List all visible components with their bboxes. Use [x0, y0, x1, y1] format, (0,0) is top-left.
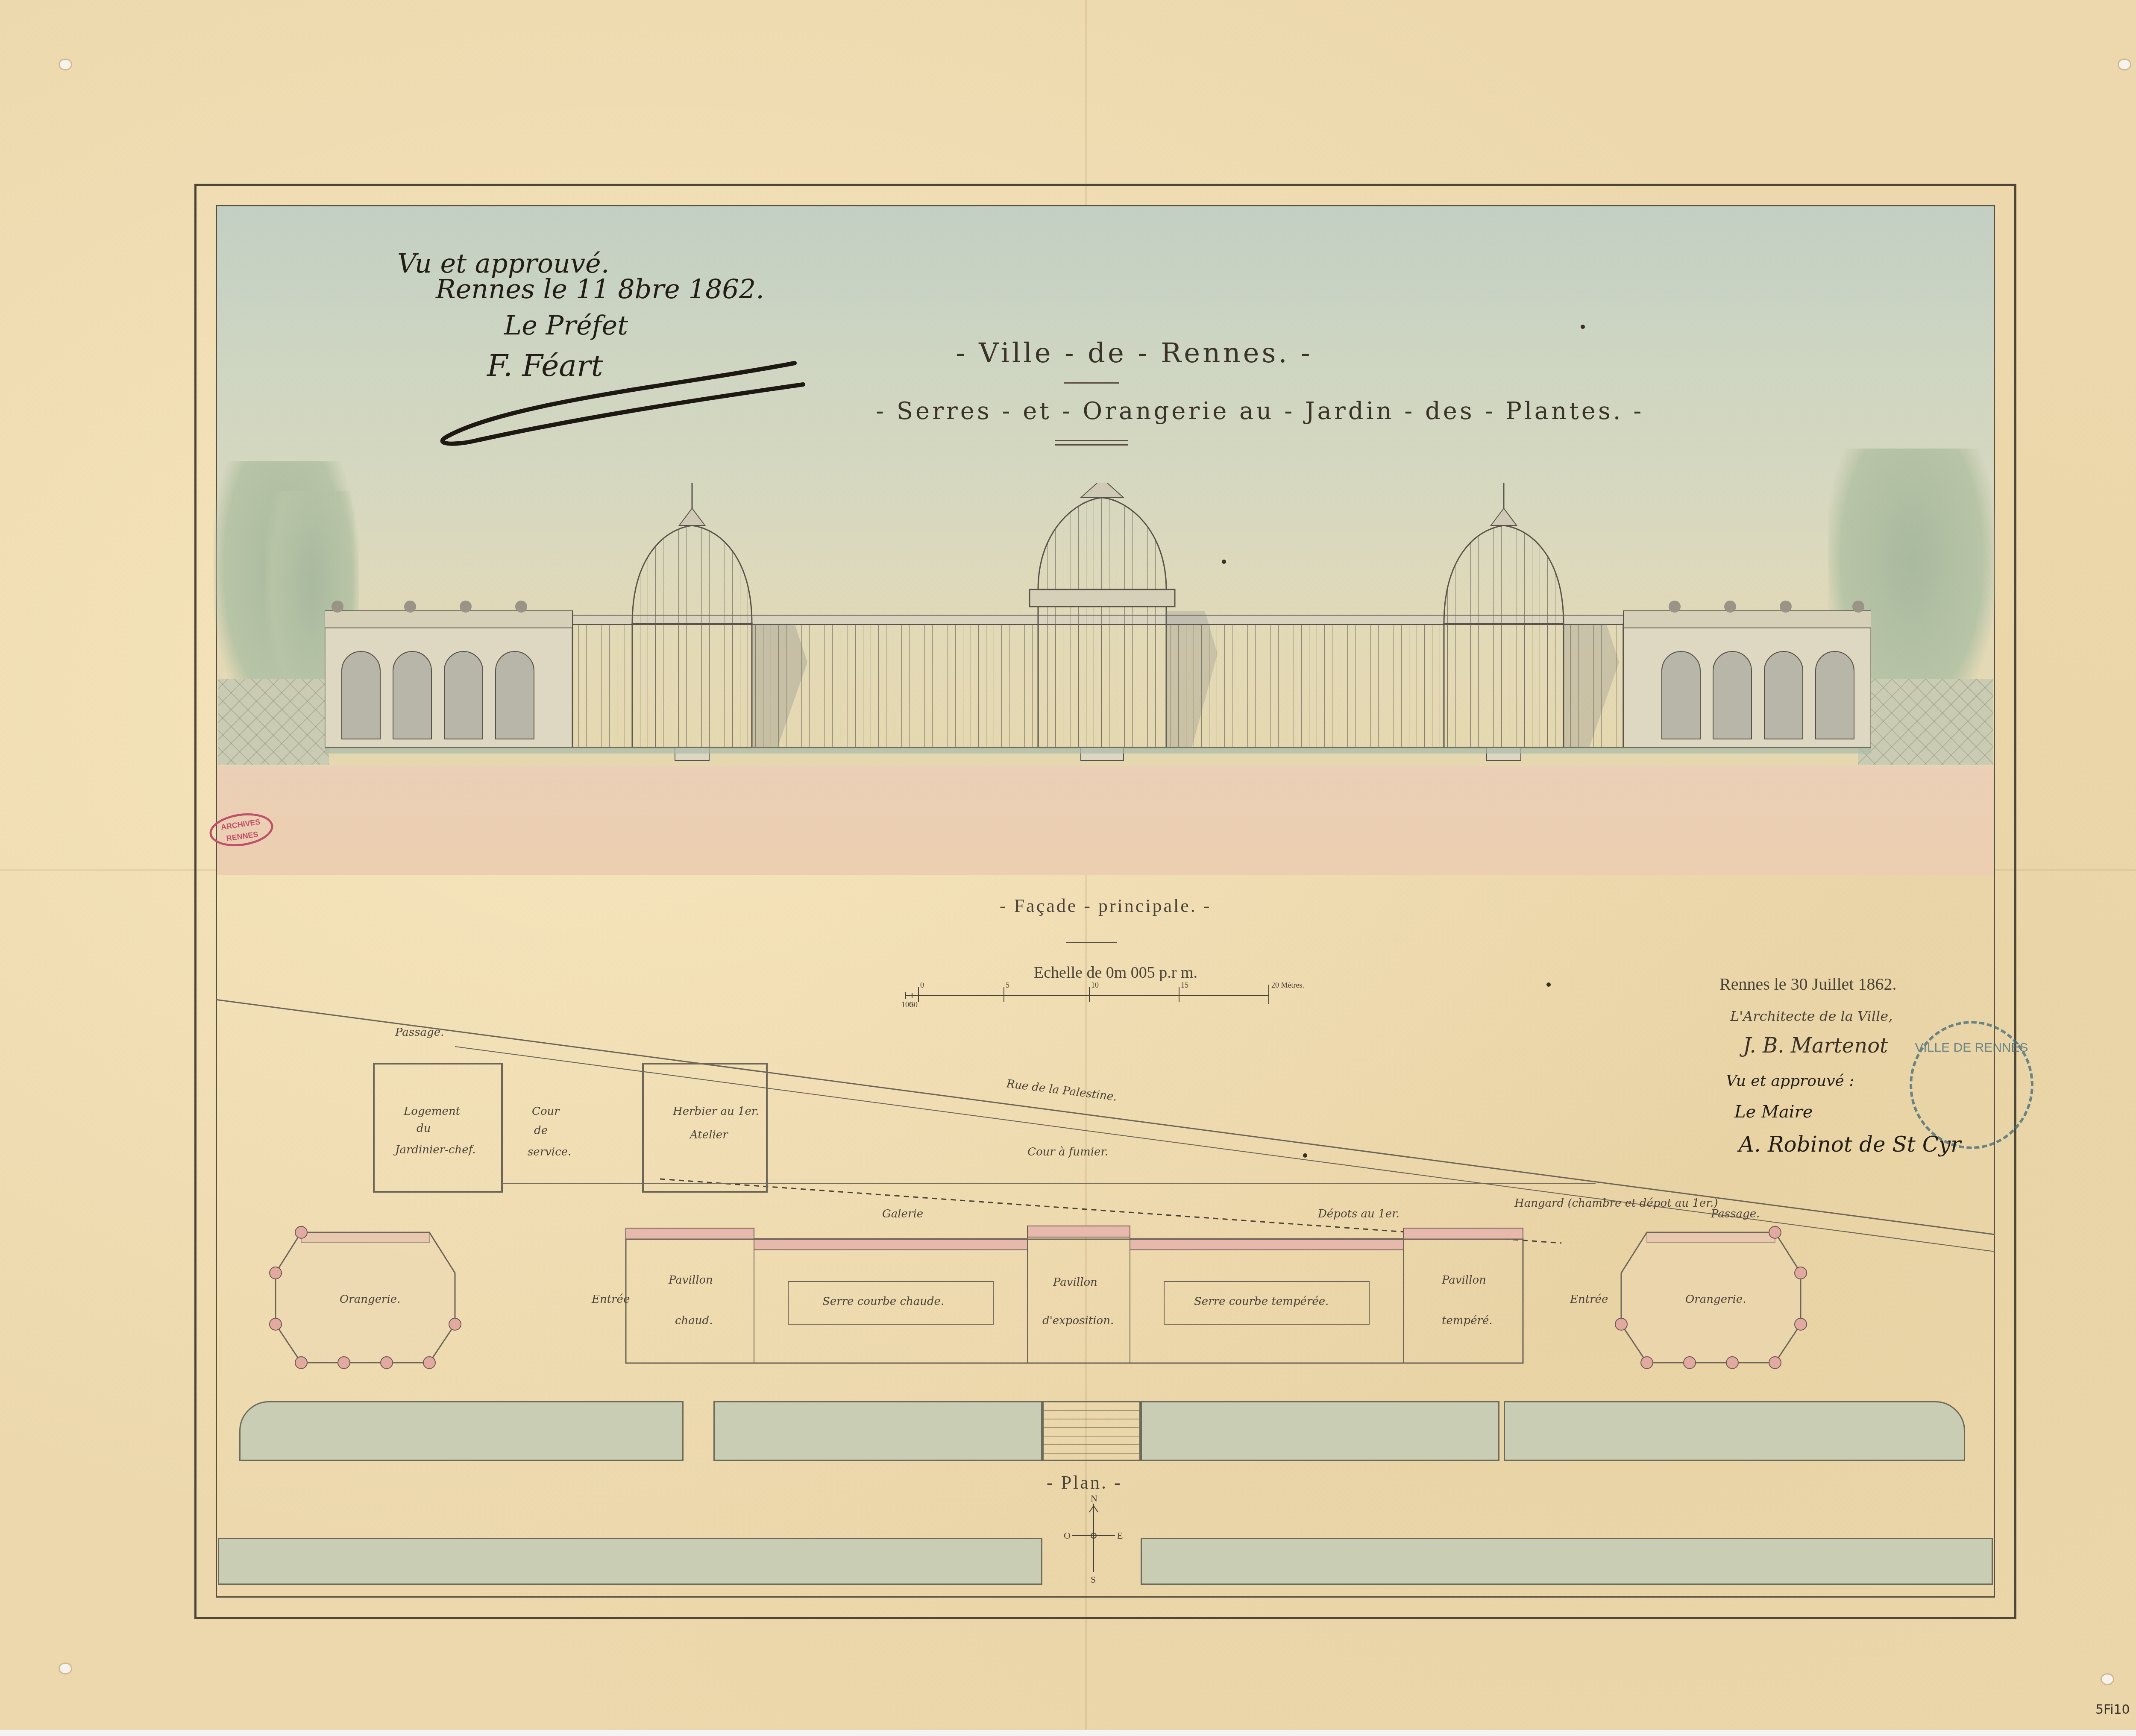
title-rule	[1055, 440, 1128, 441]
svg-text:Galerie: Galerie	[882, 1208, 923, 1220]
svg-text:Rue de la Palestine.: Rue de la Palestine.	[1005, 1077, 1118, 1104]
garden-bed	[1141, 1538, 1993, 1585]
svg-text:Serre courbe chaude.: Serre courbe chaude.	[822, 1295, 944, 1308]
svg-text:Jardinier-chef.: Jardinier-chef.	[393, 1144, 476, 1156]
svg-text:Dépots au 1er.: Dépots au 1er.	[1317, 1208, 1400, 1220]
compass-rose-icon: N S E O	[1051, 1487, 1136, 1585]
svg-text:d'exposition.: d'exposition.	[1042, 1314, 1114, 1327]
signature-flourish-icon	[427, 350, 812, 453]
ink-spot	[1303, 1153, 1307, 1158]
city-title: - Ville - de - Rennes. -	[953, 337, 1316, 369]
svg-text:Serre courbe tempérée.: Serre courbe tempérée.	[1194, 1295, 1329, 1308]
svg-text:Entrée: Entrée	[591, 1293, 630, 1306]
svg-text:chaud.: chaud.	[675, 1314, 713, 1327]
svg-text:service.: service.	[528, 1146, 571, 1158]
svg-text:10: 10	[1091, 982, 1099, 989]
svg-text:Orangerie.: Orangerie.	[340, 1293, 400, 1306]
project-title: - Serres - et - Orangerie au - Jardin - …	[876, 397, 1388, 425]
svg-text:tempéré.: tempéré.	[1442, 1314, 1493, 1327]
svg-text:15: 15	[1181, 982, 1188, 989]
svg-text:Orangerie.: Orangerie.	[1685, 1293, 1746, 1306]
hedge-right	[1858, 679, 1993, 765]
svg-text:Entrée: Entrée	[1570, 1293, 1608, 1306]
floor-plan: Passage. Logement du Jardinier-chef. Cou…	[216, 995, 1995, 1380]
svg-text:S: S	[1091, 1574, 1096, 1585]
scale-label: Echelle de 0m 005 p.r m.	[1034, 963, 1197, 982]
svg-text:de: de	[534, 1124, 548, 1137]
architect-date: Rennes le 30 Juillet 1862.	[1719, 974, 1896, 994]
svg-text:Passage.: Passage.	[395, 1026, 444, 1039]
steps	[1042, 1401, 1141, 1461]
svg-text:0: 0	[920, 982, 924, 989]
facade-label: - Façade - principale. -	[1000, 895, 1211, 917]
svg-text:O: O	[1064, 1530, 1071, 1541]
svg-text:Passage.: Passage.	[1711, 1208, 1760, 1220]
pin-hole	[60, 60, 71, 69]
pin-hole	[2102, 1674, 2113, 1684]
svg-text:Atelier: Atelier	[689, 1129, 728, 1141]
garden-bed	[218, 1538, 1042, 1585]
garden-bed	[1141, 1401, 1499, 1461]
svg-text:Cour: Cour	[532, 1105, 560, 1118]
svg-text:E: E	[1117, 1530, 1123, 1541]
svg-text:Hangard (chambre et dépot au 1: Hangard (chambre et dépot au 1er.)	[1514, 1197, 1718, 1210]
prefect-title: Le Préfet	[504, 310, 628, 341]
prefect-approval-date: Rennes le 11 8bre 1862.	[436, 273, 764, 305]
paper-sheet: - Ville - de - Rennes. - - Serres - et -…	[0, 0, 2136, 1730]
title-rule	[1064, 382, 1119, 384]
svg-text:Cour à fumier.: Cour à fumier.	[1027, 1146, 1108, 1158]
catalog-number: 5Fi10	[2095, 1702, 2130, 1717]
svg-text:Pavillon: Pavillon	[668, 1274, 713, 1287]
svg-text:Logement: Logement	[403, 1105, 461, 1118]
ground-wash	[217, 766, 1994, 875]
pin-hole	[2119, 60, 2130, 69]
garden-bed	[1504, 1401, 1965, 1461]
garden-bed	[713, 1401, 1042, 1461]
ink-spot	[1581, 325, 1585, 329]
label-rule	[1066, 942, 1117, 943]
svg-text:Pavillon: Pavillon	[1441, 1274, 1486, 1287]
svg-text:N: N	[1091, 1493, 1097, 1504]
ink-spot	[1222, 560, 1226, 564]
ink-spot	[1546, 982, 1551, 987]
svg-text:du: du	[417, 1122, 431, 1135]
pin-hole	[60, 1664, 71, 1673]
title-rule	[1055, 444, 1128, 446]
hedge-left	[218, 679, 329, 765]
svg-text:5: 5	[1006, 982, 1009, 989]
facade-elevation	[325, 483, 1871, 765]
garden-bed	[239, 1401, 684, 1461]
svg-text:20 Mètres.: 20 Mètres.	[1271, 982, 1304, 989]
svg-text:Herbier au 1er.: Herbier au 1er.	[672, 1105, 759, 1118]
svg-text:Pavillon: Pavillon	[1053, 1276, 1097, 1289]
